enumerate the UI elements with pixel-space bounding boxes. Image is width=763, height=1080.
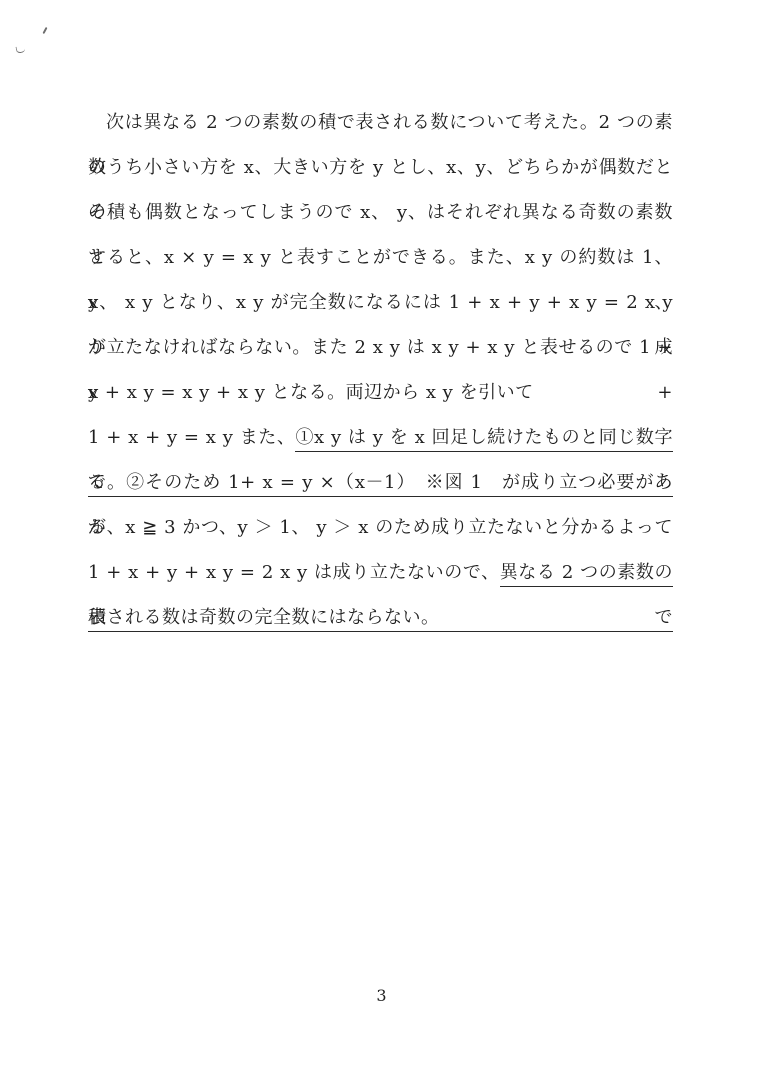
text-line: の積も偶数となってしまうので x、 y、はそれぞれ異なる奇数の素数と xyxy=(88,190,673,235)
underlined-text: 表される数は奇数の完全数にはならない。 xyxy=(88,607,449,632)
text-line: y、 x y となり、x y が完全数になるには 1 + x + y + x y… xyxy=(88,280,673,325)
text-line: 次は異なる 2 つの素数の積で表される数について考えた。2 つの素数 xyxy=(88,100,673,145)
text-line: 1 + x + y + x y = 2 x y は成り立たないので、異なる 2 … xyxy=(88,550,673,595)
text-line: る。②そのため 1+ x = y ×（x－1） ※図 1 が成り立つ必要がある xyxy=(88,460,673,505)
text-line: り立たなければならない。また 2 x y は x y + x y と表せるので … xyxy=(88,325,673,370)
text-line: すると、x × y = x y と表すことができる。また、x y の約数は 1、… xyxy=(88,235,673,280)
page-number: 3 xyxy=(0,986,763,1005)
text-segment: 1 + x + y + x y = 2 x y は成り立たないので、 xyxy=(88,562,500,583)
text-segment: が、x ≧ 3 かつ、y ＞ 1、 y ＞ x のため成り立たないと分かるよって xyxy=(88,517,673,538)
document-page: 次は異なる 2 つの素数の積で表される数について考えた。2 つの素数のうち小さい… xyxy=(0,0,763,1080)
scan-artifact-icon xyxy=(42,27,47,34)
body-text: 次は異なる 2 つの素数の積で表される数について考えた。2 つの素数のうち小さい… xyxy=(88,100,673,640)
text-line: のうち小さい方を x、大きい方を y とし、x、y、どちらかが偶数だとそ xyxy=(88,145,673,190)
text-segment: y + x y = x y + x y となる。両辺から x y を引いて xyxy=(88,382,534,403)
text-line: 1 + x + y = x y また、①x y は y を x 回足し続けたもの… xyxy=(88,415,673,460)
text-line: が、x ≧ 3 かつ、y ＞ 1、 y ＞ x のため成り立たないと分かるよって xyxy=(88,505,673,550)
scan-artifact-icon xyxy=(15,45,25,53)
underlined-text: る。②そのため 1+ x = y ×（x－1） ※図 1 xyxy=(88,472,502,497)
text-segment: 1 + x + y = x y また、 xyxy=(88,427,295,448)
